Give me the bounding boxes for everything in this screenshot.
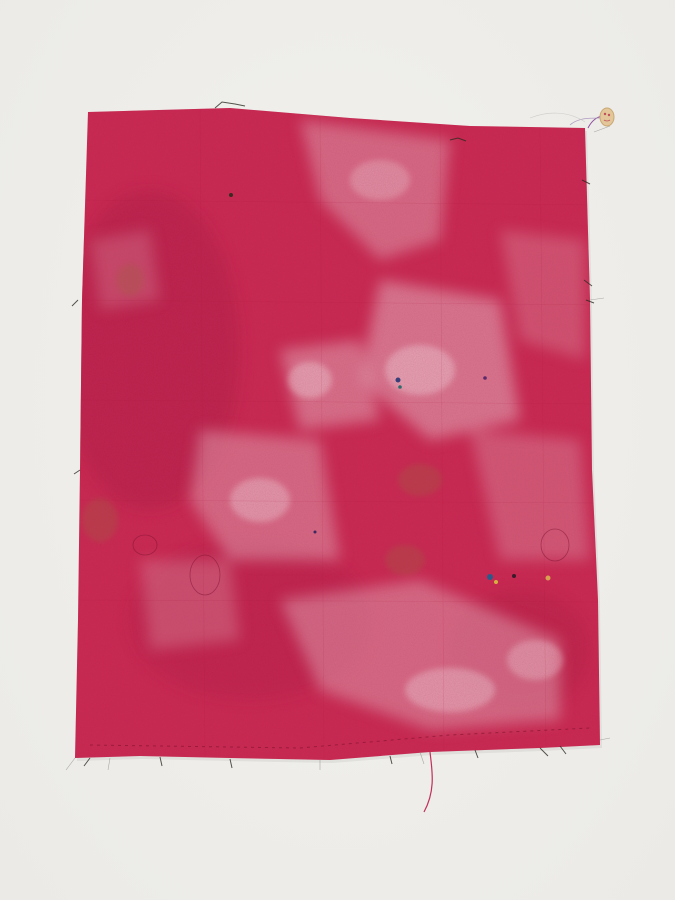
photo-background [0, 0, 675, 900]
textile-fragment [0, 0, 675, 900]
